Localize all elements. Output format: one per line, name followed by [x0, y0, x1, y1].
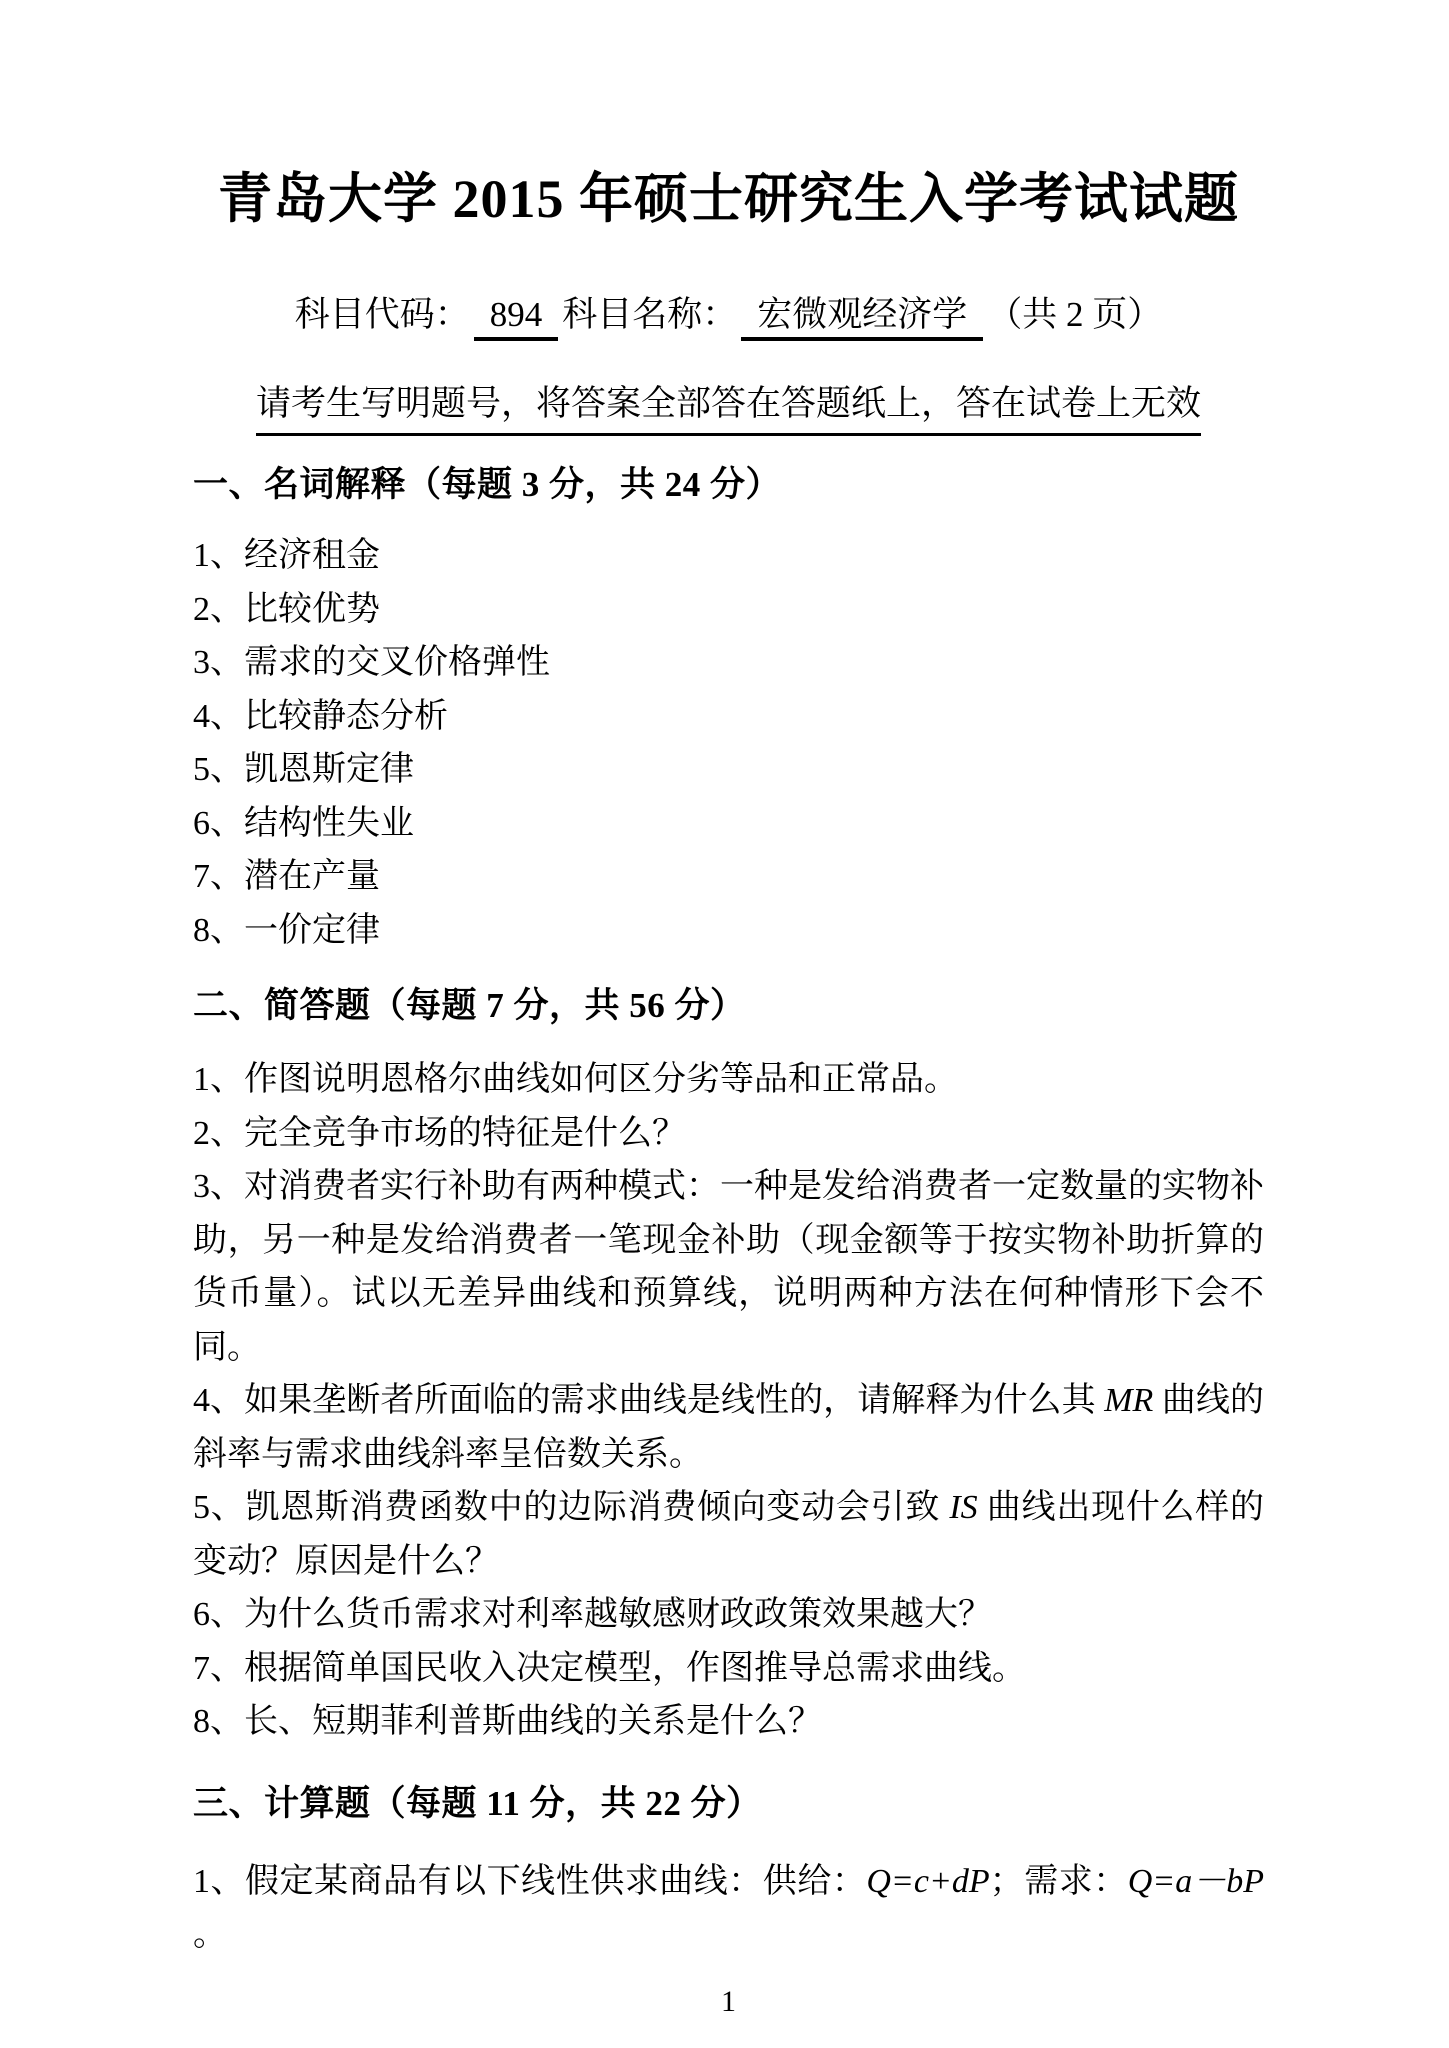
term-item-8: 8、一价定律 [193, 904, 1264, 958]
subject-name-label: 科目名称： [562, 295, 737, 334]
page-number: 1 [193, 1982, 1264, 2022]
section-1-heading: 一、名词解释（每题 3 分，共 24 分） [193, 458, 1264, 512]
term-item-4: 4、比较静态分析 [193, 690, 1264, 744]
notice-line: 请考生写明题号，将答案全部答在答题纸上，答在试卷上无效 [193, 379, 1264, 436]
calc-question-separator: ；需求： [990, 1863, 1128, 1900]
term-item-7: 7、潜在产量 [193, 850, 1264, 904]
short-answer-question-7: 7、根据简单国民收入决定模型，作图推导总需求曲线。 [193, 1642, 1264, 1696]
short-answer-question-8: 8、长、短期菲利普斯曲线的关系是什么？ [193, 1695, 1264, 1749]
mr-curve-symbol: MR [1104, 1382, 1153, 1419]
section-3-heading: 三、计算题（每题 11 分，共 22 分） [193, 1777, 1264, 1831]
question-4-text: 4、如果垄断者所面临的需求曲线是线性的，请解释为什么其 [193, 1382, 1104, 1419]
short-answer-question-2: 2、完全竞争市场的特征是什么？ [193, 1107, 1264, 1161]
supply-equation: Q=c+dP [866, 1863, 989, 1900]
page-title: 青岛大学 2015 年硕士研究生入学考试试题 [193, 166, 1264, 232]
short-answer-question-5: 5、凯恩斯消费函数中的边际消费倾向变动会引致 IS 曲线出现什么样的变动？原因是… [193, 1481, 1264, 1588]
calc-question-end: 。 [193, 1916, 227, 1953]
page-content: 青岛大学 2015 年硕士研究生入学考试试题 科目代码：894科目名称：宏微观经… [0, 166, 1449, 2022]
term-item-3: 3、需求的交叉价格弹性 [193, 636, 1264, 690]
calc-question-text: 1、假定某商品有以下线性供求曲线：供给： [193, 1863, 866, 1900]
subject-line: 科目代码：894科目名称：宏微观经济学（共 2 页） [193, 292, 1264, 341]
demand-equation: Q=a－bP [1128, 1863, 1264, 1900]
subject-code-value: 894 [474, 295, 559, 341]
question-5-text: 5、凯恩斯消费函数中的边际消费倾向变动会引致 [193, 1489, 949, 1526]
term-item-5: 5、凯恩斯定律 [193, 743, 1264, 797]
short-answer-list: 1、作图说明恩格尔曲线如何区分劣等品和正常品。 2、完全竞争市场的特征是什么？ … [193, 1053, 1264, 1749]
subject-name-value: 宏微观经济学 [741, 295, 983, 341]
short-answer-question-3: 3、对消费者实行补助有两种模式：一种是发给消费者一定数量的实物补助，另一种是发给… [193, 1160, 1264, 1374]
exam-paper-page: 青岛大学 2015 年硕士研究生入学考试试题 科目代码：894科目名称：宏微观经… [0, 0, 1449, 2048]
subject-code-label: 科目代码： [295, 295, 470, 334]
exam-notice: 请考生写明题号，将答案全部答在答题纸上，答在试卷上无效 [256, 383, 1201, 436]
short-answer-question-4: 4、如果垄断者所面临的需求曲线是线性的，请解释为什么其 MR 曲线的斜率与需求曲… [193, 1374, 1264, 1481]
calculation-question-1: 1、假定某商品有以下线性供求曲线：供给：Q=c+dP；需求：Q=a－bP 。 [193, 1855, 1264, 1962]
section-2-heading: 二、简答题（每题 7 分，共 56 分） [193, 979, 1264, 1033]
short-answer-question-6: 6、为什么货币需求对利率越敏感财政政策效果越大？ [193, 1588, 1264, 1642]
calculation-list: 1、假定某商品有以下线性供求曲线：供给：Q=c+dP；需求：Q=a－bP 。 [193, 1855, 1264, 1962]
is-curve-symbol: IS [949, 1489, 977, 1526]
term-item-2: 2、比较优势 [193, 583, 1264, 637]
short-answer-question-1: 1、作图说明恩格尔曲线如何区分劣等品和正常品。 [193, 1053, 1264, 1107]
term-list: 1、经济租金 2、比较优势 3、需求的交叉价格弹性 4、比较静态分析 5、凯恩斯… [193, 529, 1264, 957]
pages-count-note: （共 2 页） [987, 295, 1162, 334]
term-item-1: 1、经济租金 [193, 529, 1264, 583]
term-item-6: 6、结构性失业 [193, 797, 1264, 851]
